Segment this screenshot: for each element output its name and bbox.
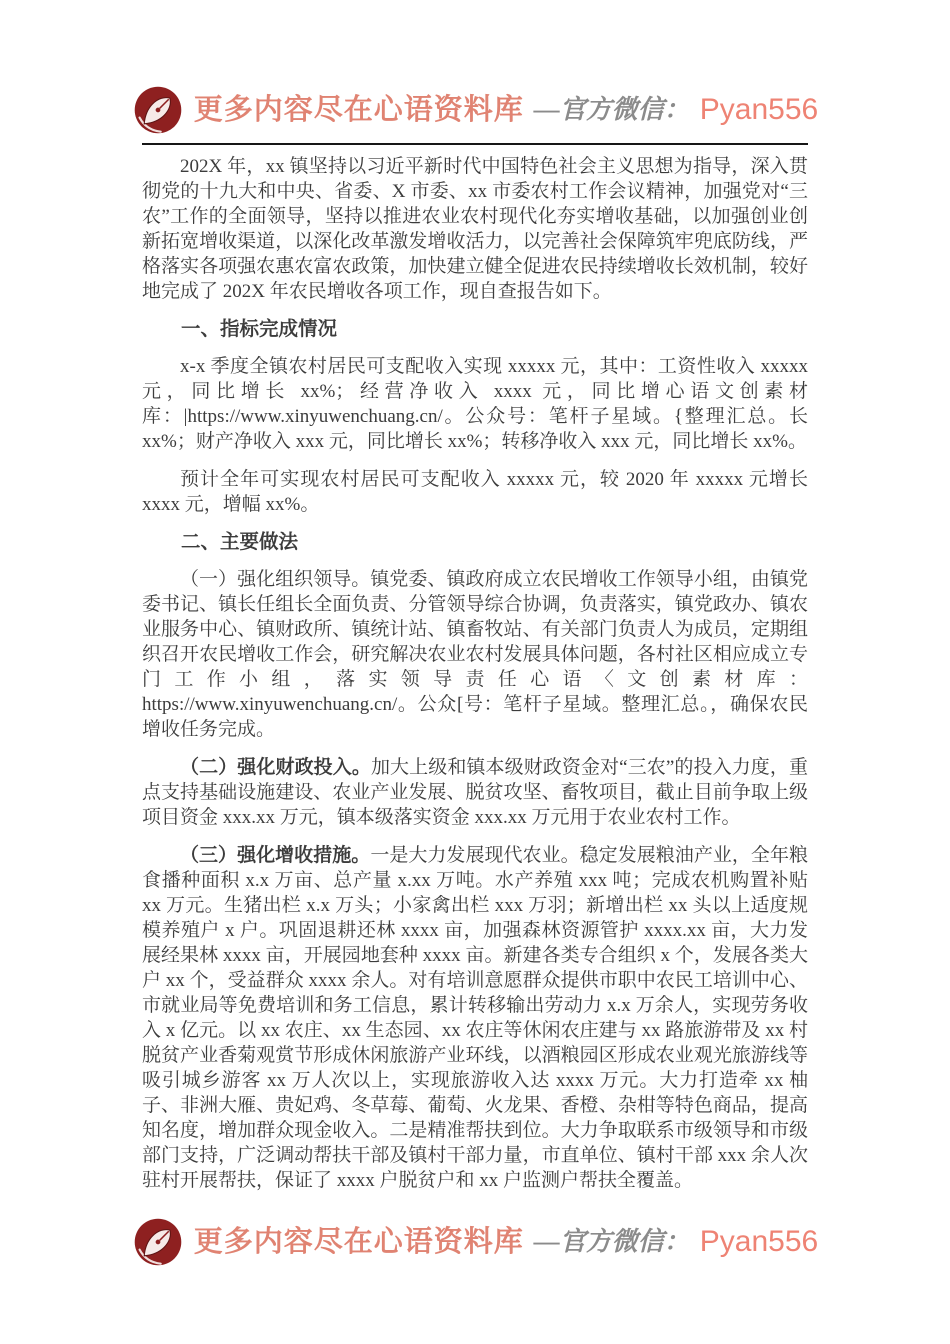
bold-lead-text: 二、主要做法	[181, 531, 298, 553]
pen-logo-icon	[132, 84, 184, 136]
section-heading: 二、主要做法	[142, 530, 808, 555]
body-paragraph: （二）强化财政投入。加大上级和镇本级财政资金对“三农”的投入力度，重点支持基础设…	[142, 755, 808, 830]
paragraph-text: 预计全年可实现农村居民可支配收入 xxxxx 元，较 2020 年 xxxxx …	[142, 469, 808, 515]
watermark-wechat-id: Pyan556	[700, 95, 818, 125]
body-paragraph: （一）强化组织领导。镇党委、镇政府成立农民增收工作领导小组，由镇党委书记、镇长任…	[142, 567, 808, 742]
body-paragraph: （三）强化增收措施。一是大力发展现代农业。稳定发展粮油产业，全年粮食播种面积 x…	[142, 843, 808, 1193]
paragraph-text: x-x 季度全镇农村居民可支配收入实现 xxxxx 元，其中：工资性收入 xxx…	[142, 356, 808, 452]
bold-lead-text: （二）强化财政投入。	[180, 757, 371, 778]
bold-lead-text: 一、指标完成情况	[181, 318, 337, 340]
pen-logo-icon	[132, 1216, 184, 1268]
page: 更多内容尽在心语资料库—官方微信：Pyan556 202X 年，xx 镇坚持以习…	[0, 0, 950, 1344]
paragraph-text: 一是大力发展现代农业。稳定发展粮油产业，全年粮食播种面积 x.x 万亩、总产量 …	[142, 845, 808, 1191]
body-paragraph: x-x 季度全镇农村居民可支配收入实现 xxxxx 元，其中：工资性收入 xxx…	[142, 354, 808, 454]
header-divider	[142, 143, 808, 145]
paragraph-text: （一）强化组织领导。镇党委、镇政府成立农民增收工作领导小组，由镇党委书记、镇长任…	[142, 569, 808, 740]
watermark-header: 更多内容尽在心语资料库—官方微信：Pyan556	[142, 84, 808, 136]
document-body: 202X 年，xx 镇坚持以习近平新时代中国特色社会主义思想为指导，深入贯彻党的…	[142, 154, 808, 1206]
watermark-brand: 更多内容尽在心语资料库	[194, 96, 524, 125]
paragraph-text: 202X 年，xx 镇坚持以习近平新时代中国特色社会主义思想为指导，深入贯彻党的…	[142, 156, 808, 302]
watermark-footer: 更多内容尽在心语资料库—官方微信：Pyan556	[142, 1216, 808, 1268]
watermark-separator: —官方微信：	[534, 1229, 690, 1255]
watermark-separator: —官方微信：	[534, 97, 690, 123]
watermark-wechat-id: Pyan556	[700, 1227, 818, 1257]
body-paragraph: 202X 年，xx 镇坚持以习近平新时代中国特色社会主义思想为指导，深入贯彻党的…	[142, 154, 808, 304]
section-heading: 一、指标完成情况	[142, 317, 808, 342]
bold-lead-text: （三）强化增收措施。	[180, 845, 370, 866]
watermark-brand: 更多内容尽在心语资料库	[194, 1228, 524, 1257]
body-paragraph: 预计全年可实现农村居民可支配收入 xxxxx 元，较 2020 年 xxxxx …	[142, 467, 808, 517]
